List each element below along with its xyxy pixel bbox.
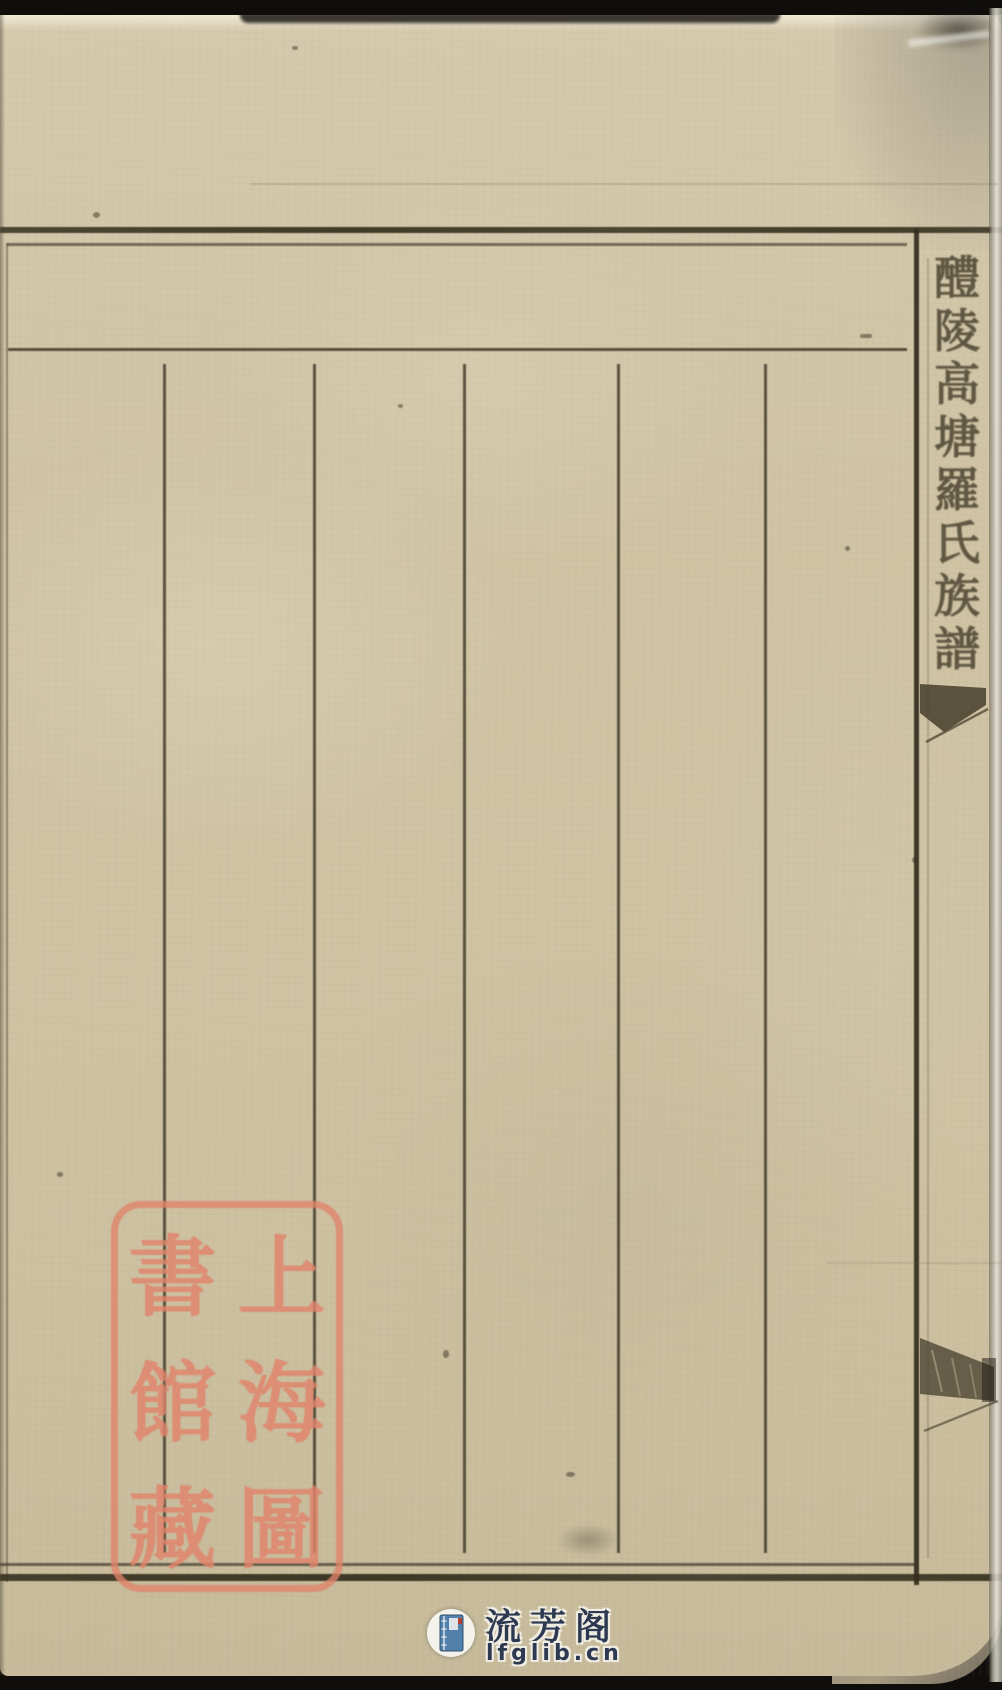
book-icon: [427, 1609, 475, 1657]
spine-title-char: 高: [920, 358, 994, 411]
stain-speck: [292, 46, 298, 50]
seal-column-left: 書 館 藏: [118, 1208, 227, 1585]
stain-speck: [398, 404, 403, 408]
header-band-rule: [8, 348, 907, 351]
column-rule-4: [617, 364, 620, 1553]
column-rule-3: [463, 364, 466, 1553]
spine-title-char: 羅: [920, 464, 994, 517]
paper-crease: [250, 183, 998, 185]
top-border-rule-thick: [0, 227, 1002, 233]
ink-smudge: [556, 1524, 620, 1556]
scanned-book-page: 書 館 藏 上 海 圖 醴 陵 高 塘 羅 氏 族 譜: [0, 0, 1002, 1690]
left-border-rule: [6, 243, 8, 1582]
seal-column-right: 上 海 圖: [227, 1208, 336, 1585]
spine-title-char: 氏: [920, 517, 994, 570]
top-border-rule-thin: [7, 243, 907, 246]
seal-char: 上: [237, 1208, 325, 1334]
spine-title-char: 族: [920, 570, 994, 623]
library-seal: 書 館 藏 上 海 圖: [111, 1201, 343, 1592]
spine-title-char: 譜: [920, 623, 994, 676]
fishtail-lower-icon: [918, 1330, 1002, 1436]
stain-speck: [845, 546, 850, 551]
watermark-site-url: lfglib.cn: [486, 1641, 623, 1666]
stain-speck: [443, 1350, 449, 1358]
stain-speck: [566, 1472, 575, 1477]
column-rule-5: [764, 364, 767, 1553]
stain-speck: [912, 857, 917, 863]
left-edge-shadow: [0, 15, 5, 1675]
watermark-badge: [427, 1609, 475, 1657]
seal-char: 書: [128, 1208, 216, 1334]
spine-title-char: 醴: [920, 252, 994, 305]
spine-title-char: 陵: [920, 305, 994, 358]
watermark: 流芳阁 lfglib.cn: [425, 1603, 665, 1669]
seal-char: 藏: [128, 1460, 216, 1586]
seal-char: 館: [128, 1334, 216, 1460]
fishtail-upper-icon: [918, 678, 1002, 752]
stain-speck: [57, 1172, 63, 1177]
stain-speck: [93, 212, 100, 218]
spine-title-char: 塘: [920, 411, 994, 464]
seal-char: 海: [237, 1334, 325, 1460]
paper-crease: [826, 1262, 1002, 1264]
spine-title: 醴 陵 高 塘 羅 氏 族 譜: [920, 252, 994, 676]
stain-speck: [860, 334, 872, 338]
top-scan-shadow: [240, 13, 780, 23]
seal-char: 圖: [237, 1460, 325, 1586]
